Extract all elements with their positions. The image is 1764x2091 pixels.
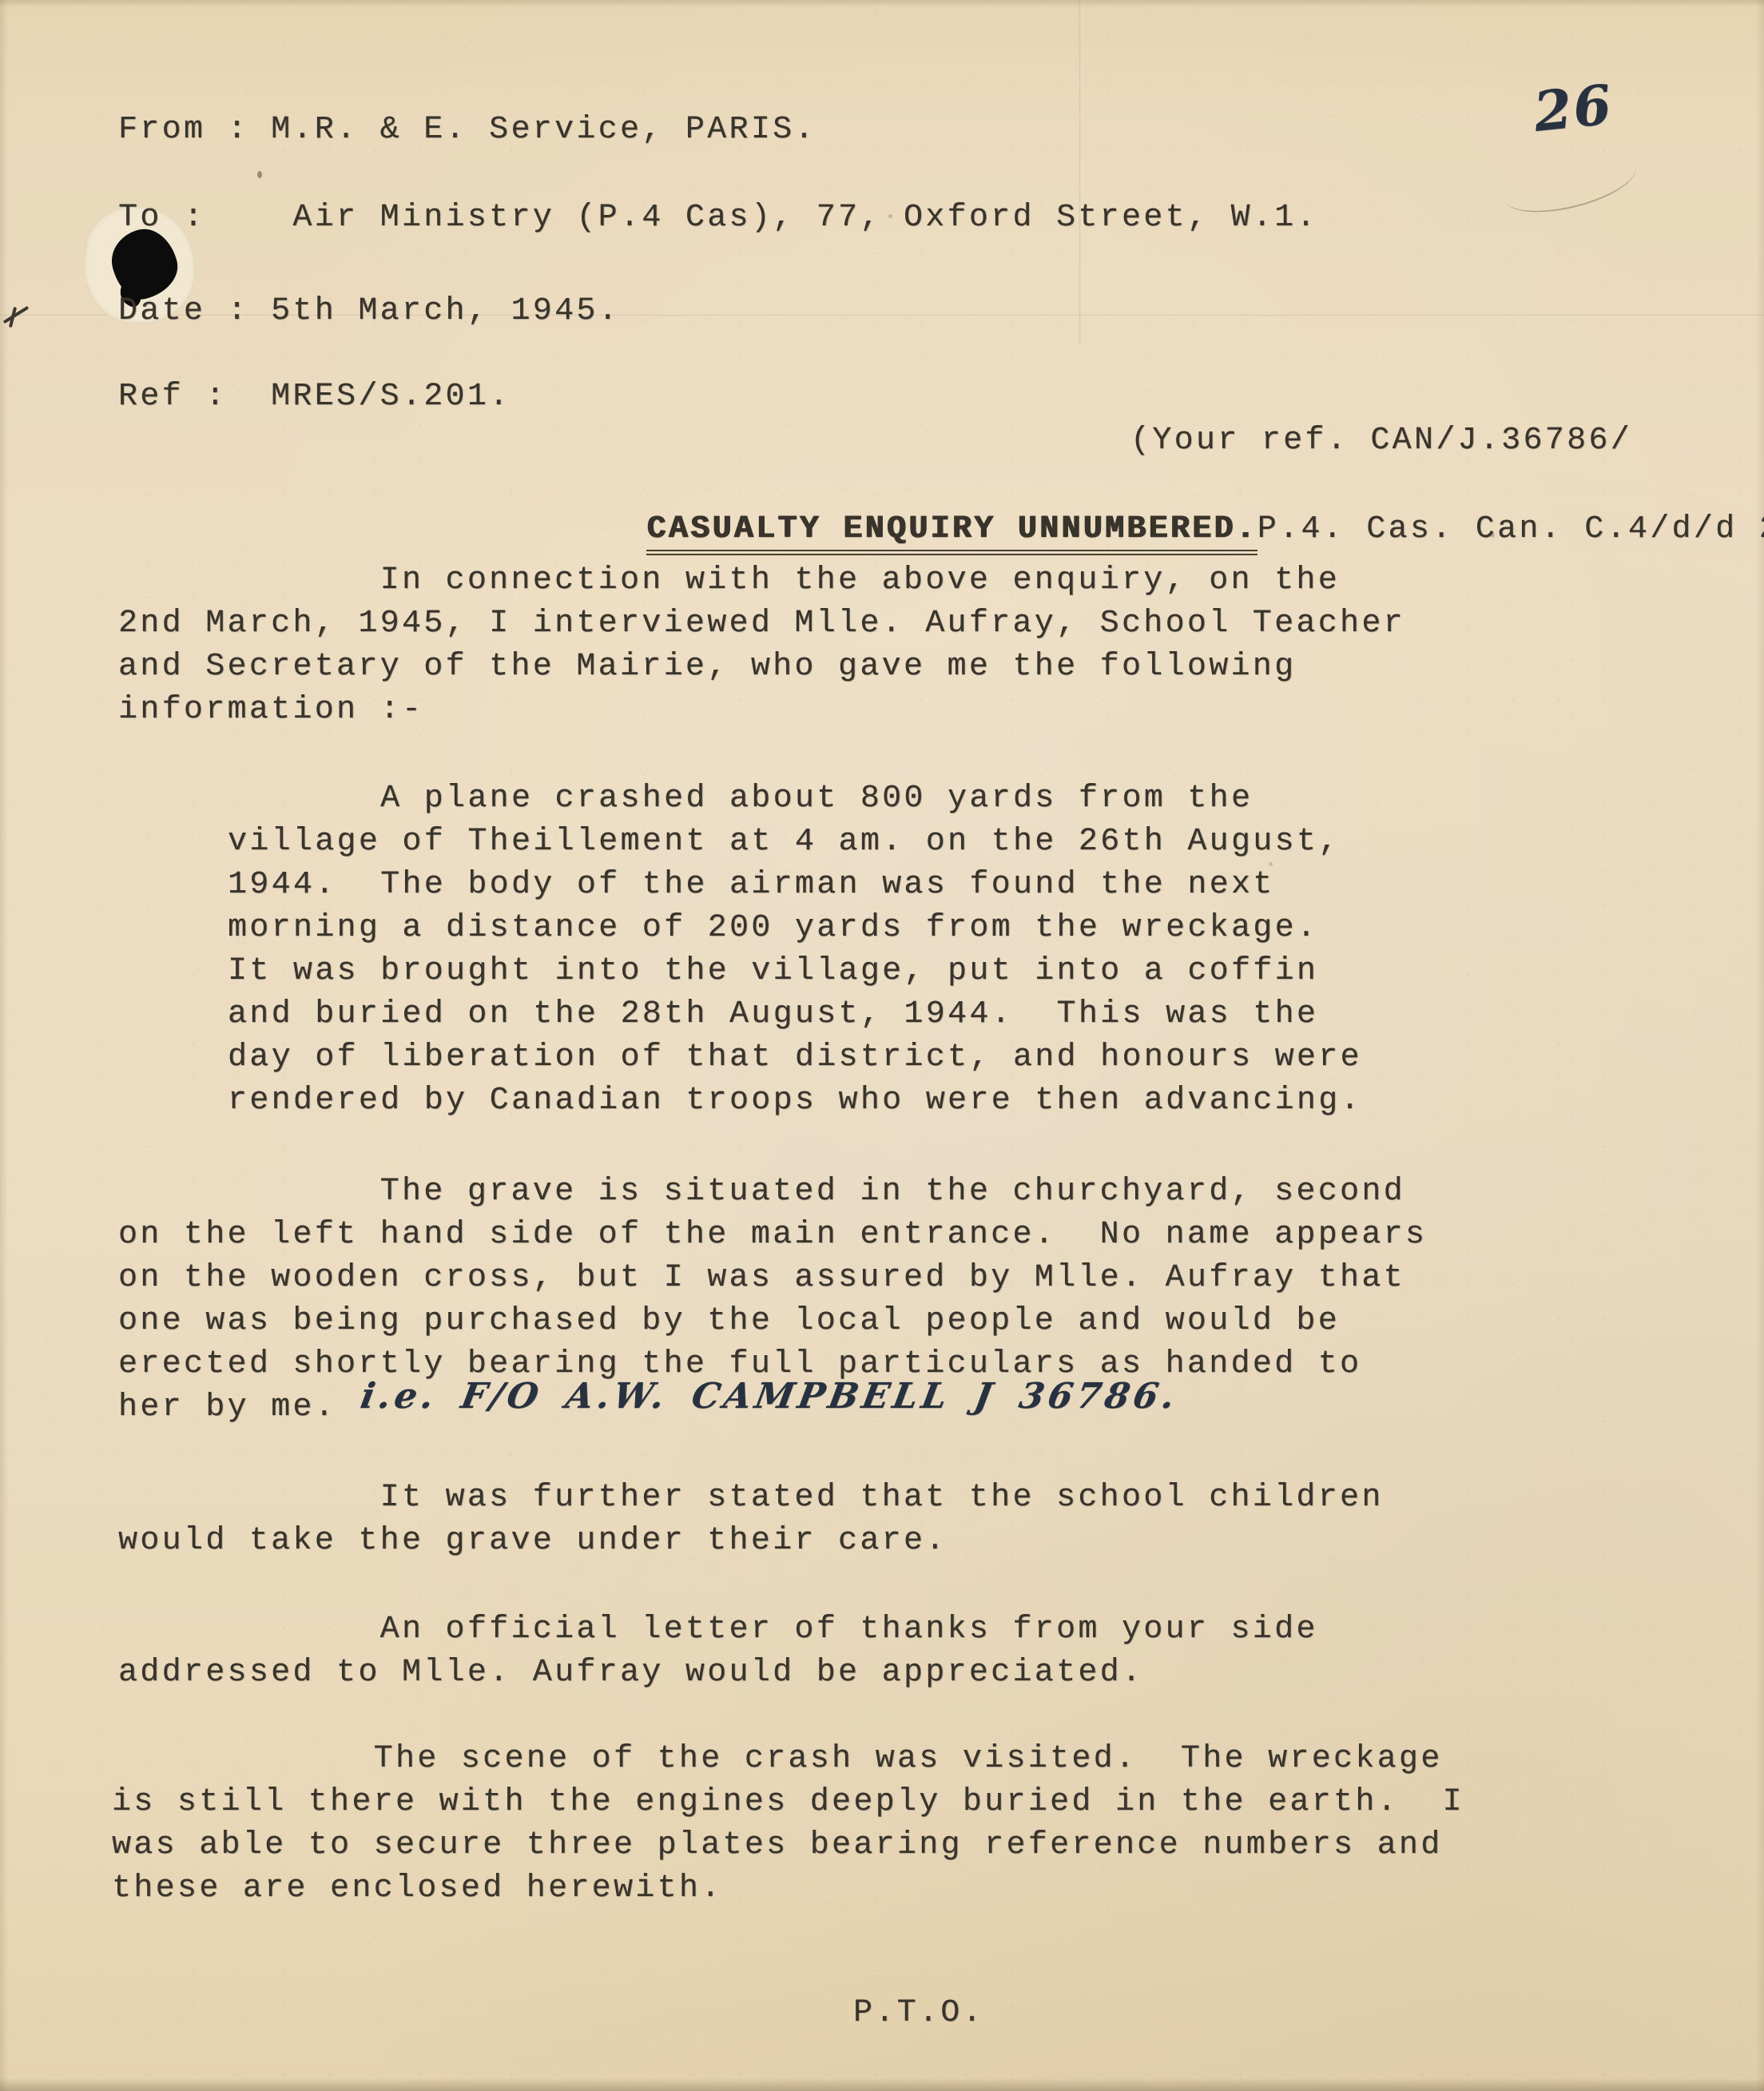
paragraph-crash-scene: The scene of the crash was visited. The … (112, 1738, 1464, 1910)
vertical-crease (1079, 0, 1083, 344)
handwritten-casualty-name: i.e. F/O A.W. CAMPBELL J 36786. (358, 1376, 1182, 1417)
paragraph-letter-of-thanks: An official letter of thanks from your s… (118, 1608, 1318, 1695)
paragraph-crash: A plane crashed about 800 yards from the… (228, 777, 1362, 1123)
pto-footer: P.T.O. (853, 1992, 984, 2035)
your-ref-line: (Your ref. CAN/J.36786/ (1130, 419, 1632, 463)
paragraph-intro: In connection with the above enquiry, on… (118, 559, 1405, 732)
ref-line: Ref : MRES/S.201. (118, 376, 511, 419)
pencil-stroke (1498, 142, 1642, 223)
subject-heading: CASUALTY ENQUIRY UNNUMBERED. (646, 511, 1257, 555)
paragraph-school-children: It was further stated that the school ch… (118, 1477, 1384, 1563)
paper-edge-right (1756, 0, 1764, 2091)
subject-continuation: P.4. Cas. Can. C.4/d/d 24.11.44 (1257, 511, 1764, 547)
paper-speck (257, 171, 262, 178)
paper-edge-top (0, 0, 1764, 7)
from-line: From : M.R. & E. Service, PARIS. (118, 109, 816, 152)
date-line: Date : 5th March, 1945. (118, 290, 620, 333)
handwritten-page-number: 26 (1531, 73, 1615, 145)
paper-edge-bottom (0, 2078, 1764, 2091)
to-line: To : Air Ministry (P.4 Cas), 77, Oxford … (118, 197, 1318, 240)
paper-edge-left (0, 0, 8, 2091)
document-page: 26 From : M.R. & E. Service, PARIS. To :… (0, 0, 1764, 2091)
